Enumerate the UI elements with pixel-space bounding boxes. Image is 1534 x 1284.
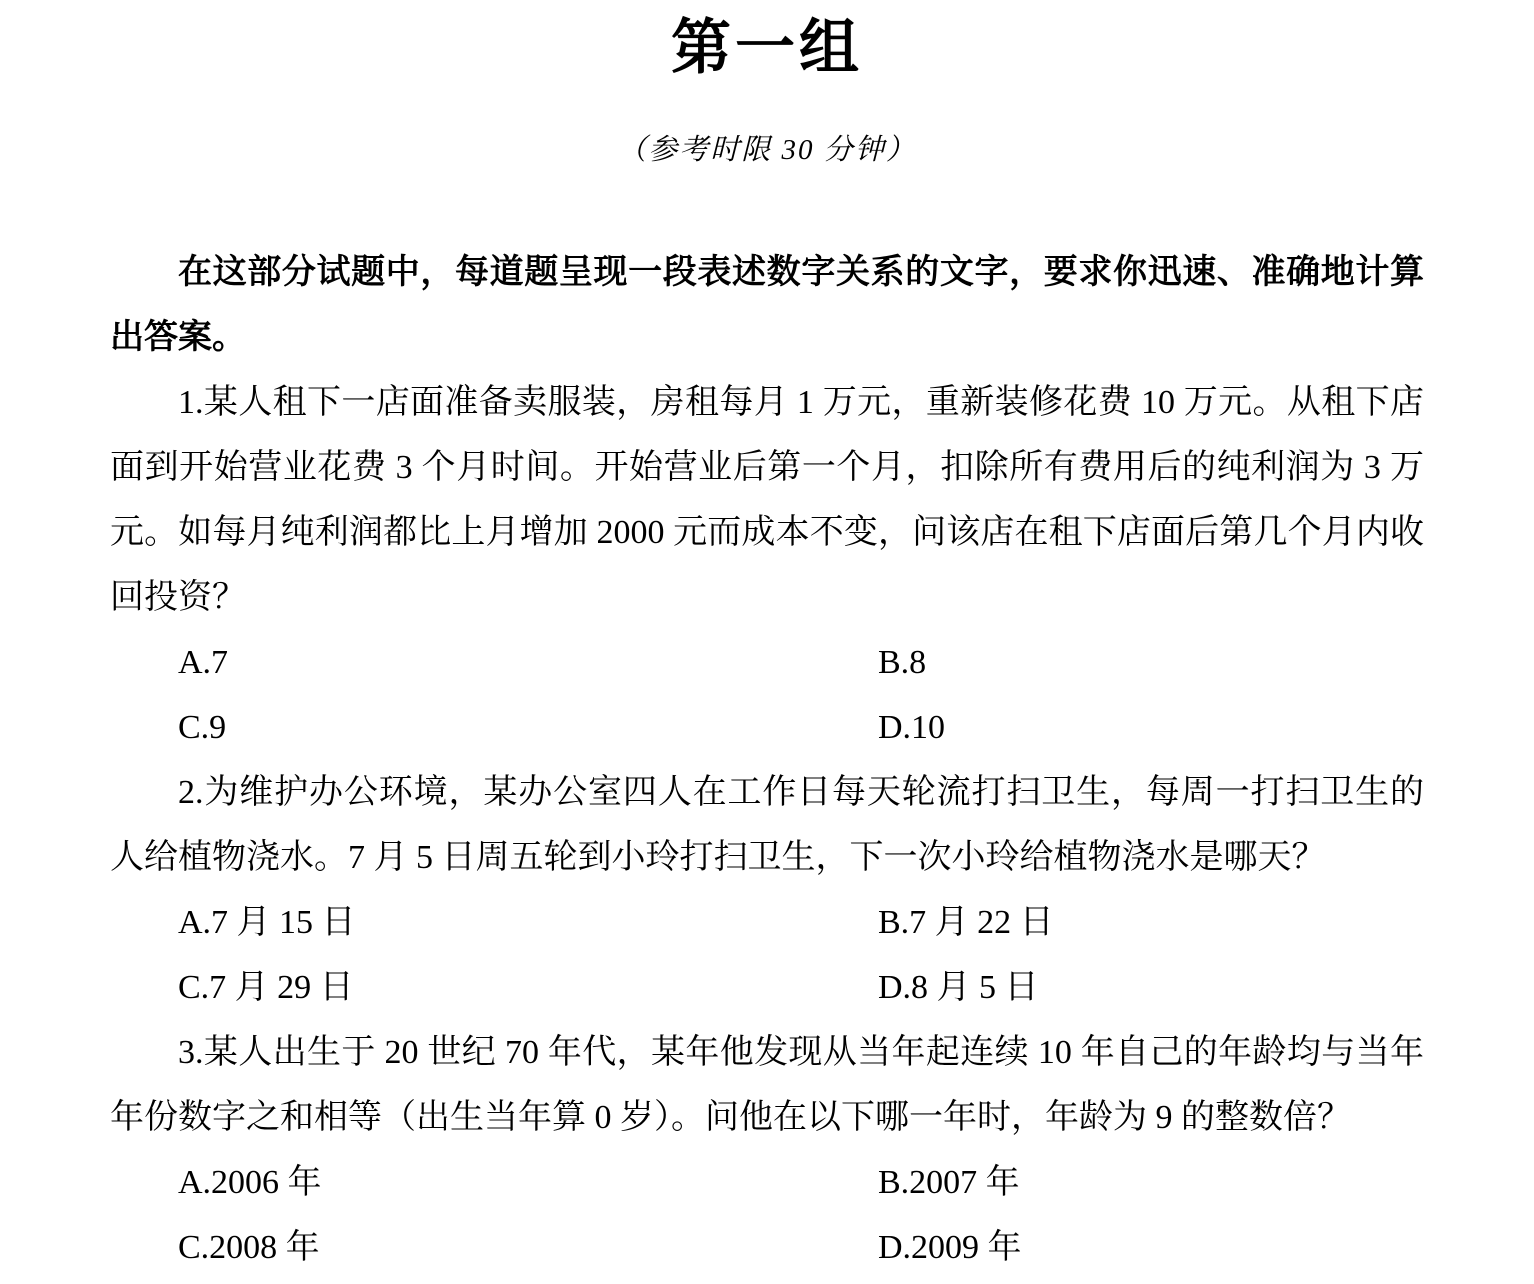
question-1-option-b: B.8 [878, 630, 926, 695]
page-title: 第一组 [110, 12, 1424, 84]
question-3-options-row-2: C.2008 年 D.2009 年 [110, 1215, 1424, 1280]
question-1-option-a: A.7 [178, 630, 228, 695]
question-1-text: 1.某人租下一店面准备卖服装，房租每月 1 万元，重新装修花费 10 万元。从租… [110, 370, 1424, 630]
question-3-options-row-1: A.2006 年 B.2007 年 [110, 1150, 1424, 1215]
question-3-option-b: B.2007 年 [878, 1150, 1020, 1215]
exam-page: 第一组 （参考时限 30 分钟） 在这部分试题中，每道题呈现一段表述数字关系的文… [0, 0, 1534, 1284]
question-1-options-row-1: A.7 B.8 [110, 630, 1424, 695]
question-2-option-a: A.7 月 15 日 [178, 890, 356, 955]
question-1-option-c: C.9 [178, 695, 226, 760]
question-2-option-d: D.8 月 5 日 [878, 955, 1039, 1020]
question-1-options-row-2: C.9 D.10 [110, 695, 1424, 760]
question-3-option-c: C.2008 年 [178, 1215, 320, 1280]
question-2: 2.为维护办公环境，某办公室四人在工作日每天轮流打扫卫生，每周一打扫卫生的人给植… [110, 760, 1424, 1020]
question-1-option-d: D.10 [878, 695, 945, 760]
question-3-option-a: A.2006 年 [178, 1150, 322, 1215]
question-2-options-row-2: C.7 月 29 日 D.8 月 5 日 [110, 955, 1424, 1020]
question-2-option-c: C.7 月 29 日 [178, 955, 354, 1020]
question-3-option-d: D.2009 年 [878, 1215, 1022, 1280]
question-2-option-b: B.7 月 22 日 [878, 890, 1054, 955]
question-1: 1.某人租下一店面准备卖服装，房租每月 1 万元，重新装修花费 10 万元。从租… [110, 370, 1424, 760]
question-2-text: 2.为维护办公环境，某办公室四人在工作日每天轮流打扫卫生，每周一打扫卫生的人给植… [110, 760, 1424, 890]
section-instructions: 在这部分试题中，每道题呈现一段表述数字关系的文字，要求你迅速、准确地计算出答案。 [110, 240, 1424, 370]
question-3-text: 3.某人出生于 20 世纪 70 年代，某年他发现从当年起连续 10 年自己的年… [110, 1020, 1424, 1150]
time-limit-note: （参考时限 30 分钟） [110, 132, 1424, 168]
question-3: 3.某人出生于 20 世纪 70 年代，某年他发现从当年起连续 10 年自己的年… [110, 1020, 1424, 1280]
question-2-options-row-1: A.7 月 15 日 B.7 月 22 日 [110, 890, 1424, 955]
